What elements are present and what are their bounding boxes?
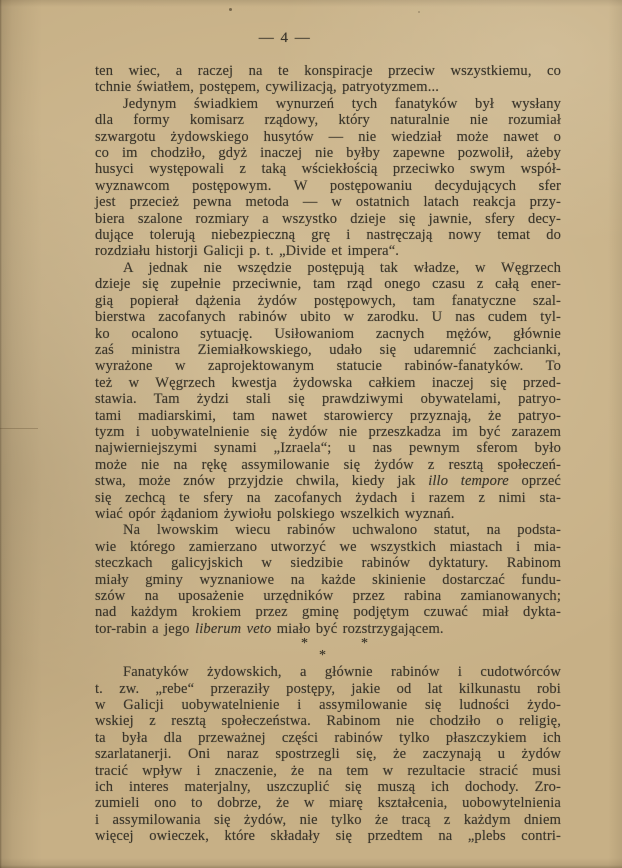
text-segment: więcej owieczek, które składały się prze… (95, 828, 561, 844)
text-line: gią popierał dążenia żydów postępowych, … (95, 293, 561, 309)
text-line: co im chodziło, gdyż inaczej nie byłby z… (95, 145, 561, 161)
scanned-page: — 4 — ten wiec, a raczej na te konspirac… (0, 0, 622, 868)
text-line: wiać opór żądaniom żywiołu polskiego wsz… (95, 506, 561, 522)
italic-text-segment: illo tempore (428, 473, 509, 489)
text-line: tracić wpływ i znaczenie, że na tem w re… (95, 763, 561, 779)
text-line: biera szalone rozmiary a wszystko dzieje… (95, 211, 561, 227)
text-line: szów na uposażenie urzędników przez rabi… (95, 588, 561, 604)
paper-crease (0, 428, 38, 429)
text-segment: co im chodziło, gdyż inaczej nie byłby z… (95, 145, 561, 161)
text-segment: t. zw. „rebe“ przeraziły postępy, jakie … (95, 681, 561, 697)
section-divider: *** (95, 637, 561, 664)
text-segment: gią popierał dążenia żydów postępowych, … (95, 293, 561, 309)
text-line: tyzm i uobywatelnienie się żydów nie prz… (95, 424, 561, 440)
text-segment: też w Węgrzech kwestja żydowska całkiem … (95, 375, 561, 391)
text-segment: biera szalone rozmiary a wszystko dzieje… (95, 211, 561, 227)
text-segment: bierstwa zacofanych rabinów ubito w zaro… (95, 309, 561, 325)
text-line: Jedynym świadkiem wynurzeń tych fanatykó… (95, 96, 561, 112)
text-segment: i assymilowania się żydów, nie tylko że … (95, 812, 561, 828)
text-segment: rozdziału historji Galicji p. t. „Divide… (95, 243, 399, 259)
text-segment: miały gminy wyznaniowe na każde skinieni… (95, 572, 561, 588)
text-segment: Fanatyków żydowskich, a głównie rabinów … (123, 664, 561, 680)
text-line: t. zw. „rebe“ przeraziły postępy, jakie … (95, 681, 561, 697)
asterisk: * (301, 636, 308, 652)
text-segment: miało być rozstrzygającem. (271, 621, 443, 637)
text-line: Fanatyków żydowskich, a głównie rabinów … (95, 664, 561, 680)
text-segment: zaś ministra Ziemiałkowskiego, udało się… (95, 342, 561, 358)
text-segment: stawia. Tam żydzi stali się prawdziwymi … (95, 391, 561, 407)
text-line: Na lwowskim wiecu rabinów uchwalono stat… (95, 522, 561, 538)
text-line: ich interes materjalny, uszczuplić się m… (95, 779, 561, 795)
text-line: steczkach galicyjskich w siedzibie rabin… (95, 555, 561, 571)
text-segment: tyzm i uobywatelnienie się żydów nie prz… (95, 424, 561, 440)
text-segment: tchnie światłem, postępem, cywilizacją, … (95, 79, 439, 95)
text-segment: wiać opór żądaniom żywiołu polskiego wsz… (95, 506, 455, 522)
text-line: więcej owieczek, które składały się prze… (95, 828, 561, 844)
page-number: — 4 — (95, 30, 475, 48)
text-segment: się zechcą te sfery na zacofanych żydach… (95, 490, 561, 506)
text-line: w Galicji uobywatelnienie i assymilowani… (95, 697, 561, 713)
text-line: tami madiarskimi, tam nawet starowiercy … (95, 408, 561, 424)
text-line: wie którego zamierzano utworzyć we wszys… (95, 539, 561, 555)
paragraph: Fanatyków żydowskich, a głównie rabinów … (95, 664, 561, 844)
text-segment: najwierniejszymi synami „Izraela“; u nas… (95, 440, 561, 456)
text-segment: A jednak nie wszędzie postępują tak wład… (123, 260, 561, 276)
text-line: zaś ministra Ziemiałkowskiego, udało się… (95, 342, 561, 358)
italic-text-segment: liberum veto (195, 621, 271, 637)
text-segment: Na lwowskim wiecu rabinów uchwalono stat… (123, 522, 561, 538)
text-segment: stwa, może znów przyjdzie chwila, kiedy … (95, 473, 428, 489)
text-segment: szów na uposażenie urzędników przez rabi… (95, 588, 561, 604)
text-segment: tracić wpływ i znaczenie, że na tem w re… (95, 763, 561, 779)
text-segment: szarlatanerji. Oni naraz spostrzegli się… (95, 746, 561, 762)
text-line: zumieli ono to dobrze, że w miarę kształ… (95, 795, 561, 811)
text-line: wskiej z resztą społeczeństwa. Rabinom n… (95, 713, 561, 729)
text-line: dujące tolerują niebezpieczną grę i nast… (95, 227, 561, 243)
text-segment: dujące tolerują niebezpieczną grę i nast… (95, 227, 561, 243)
text-segment: nad każdym krokiem przez gminę podjętym … (95, 604, 561, 620)
text-segment: ten wiec, a raczej na te konspiracje prz… (95, 63, 561, 79)
text-line: też w Węgrzech kwestja żydowska całkiem … (95, 375, 561, 391)
text-segment: ko ocalono sytuację. Usiłowaniom zacnych… (95, 326, 561, 342)
text-line: się zechcą te sfery na zacofanych żydach… (95, 490, 561, 506)
text-line: może nie na rękę assymilowanie się żydów… (95, 457, 561, 473)
text-segment: husyci występowali z taką wściekłością p… (95, 161, 561, 177)
text-line: A jednak nie wszędzie postępują tak wład… (95, 260, 561, 276)
text-line: nad każdym krokiem przez gminę podjętym … (95, 604, 561, 620)
text-line: rozdziału historji Galicji p. t. „Divide… (95, 243, 561, 259)
paragraph: ten wiec, a raczej na te konspiracje prz… (95, 63, 561, 96)
text-line: tor-rabin a jego liberum veto miało być … (95, 621, 561, 637)
text-segment: dla formy komisarz rządowy, który natura… (95, 112, 561, 128)
text-line: dla formy komisarz rządowy, który natura… (95, 112, 561, 128)
text-segment: jest przecież pewna metoda — w ostatnich… (95, 194, 561, 210)
text-segment: steczkach galicyjskich w siedzibie rabin… (95, 555, 561, 571)
text-segment: zumieli ono to dobrze, że w miarę kształ… (95, 795, 561, 811)
text-segment: wyrażone w zaprojektowanym statucie rabi… (95, 358, 561, 374)
paragraph: Na lwowskim wiecu rabinów uchwalono stat… (95, 522, 561, 637)
text-line: wyznawcom postępowym. W postępowaniu dec… (95, 178, 561, 194)
text-line: szarlatanerji. Oni naraz spostrzegli się… (95, 746, 561, 762)
text-segment: wyznawcom postępowym. W postępowaniu dec… (95, 178, 561, 194)
text-line: jest przecież pewna metoda — w ostatnich… (95, 194, 561, 210)
asterisk: * (319, 648, 326, 664)
paragraph: Jedynym świadkiem wynurzeń tych fanatykó… (95, 96, 561, 260)
text-segment: wie którego zamierzano utworzyć we wszys… (95, 539, 561, 555)
paper-speck (229, 8, 232, 11)
text-line: ten wiec, a raczej na te konspiracje prz… (95, 63, 561, 79)
text-line: ta była dla przeważnej części rabinów ty… (95, 730, 561, 746)
text-segment: dzieje się zupełnie przeciwnie, tam rząd… (95, 276, 561, 292)
text-line: szwargotu żydowskiego husytów — nie wied… (95, 129, 561, 145)
text-segment: wskiej z resztą społeczeństwa. Rabinom n… (95, 713, 561, 729)
text-segment: tami madiarskimi, tam nawet starowiercy … (95, 408, 561, 424)
text-segment: tor-rabin a jego (95, 621, 195, 637)
text-segment: ta była dla przeważnej części rabinów ty… (95, 730, 561, 746)
text-line: bierstwa zacofanych rabinów ubito w zaro… (95, 309, 561, 325)
text-line: miały gminy wyznaniowe na każde skinieni… (95, 572, 561, 588)
text-block: ten wiec, a raczej na te konspiracje prz… (95, 63, 561, 845)
text-segment: oprzeć (509, 473, 561, 489)
text-line: ko ocalono sytuację. Usiłowaniom zacnych… (95, 326, 561, 342)
text-segment: szwargotu żydowskiego husytów — nie wied… (95, 129, 561, 145)
paper-speck (418, 11, 420, 13)
text-line: najwierniejszymi synami „Izraela“; u nas… (95, 440, 561, 456)
text-line: i assymilowania się żydów, nie tylko że … (95, 812, 561, 828)
text-line: stawia. Tam żydzi stali się prawdziwymi … (95, 391, 561, 407)
text-segment: może nie na rękę assymilowanie się żydów… (95, 457, 561, 473)
text-line: wyrażone w zaprojektowanym statucie rabi… (95, 358, 561, 374)
text-line: husyci występowali z taką wściekłością p… (95, 161, 561, 177)
text-segment: ich interes materjalny, uszczuplić się m… (95, 779, 561, 795)
text-segment: w Galicji uobywatelnienie i assymilowani… (95, 697, 561, 713)
paragraph: A jednak nie wszędzie postępują tak wład… (95, 260, 561, 523)
text-segment: Jedynym świadkiem wynurzeń tych fanatykó… (123, 96, 561, 112)
text-line: dzieje się zupełnie przeciwnie, tam rząd… (95, 276, 561, 292)
asterisk: * (361, 636, 368, 652)
text-line: stwa, może znów przyjdzie chwila, kiedy … (95, 473, 561, 489)
text-line: tchnie światłem, postępem, cywilizacją, … (95, 79, 561, 95)
